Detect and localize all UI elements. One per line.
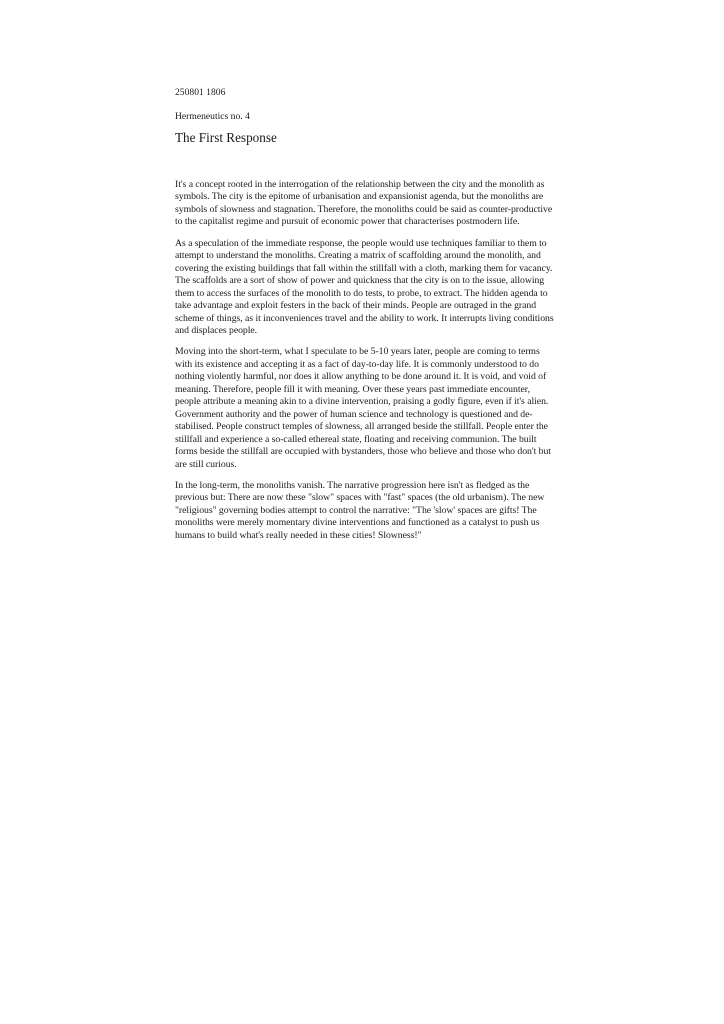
paragraph-immediate-response: As a speculation of the immediate respon… <box>175 238 555 338</box>
document-content: 250801 1806 Hermeneutics no. 4 The First… <box>175 87 555 551</box>
date-code: 250801 1806 <box>175 87 555 99</box>
document-page: 250801 1806 Hermeneutics no. 4 The First… <box>0 0 724 1024</box>
paragraph-intro: It's a concept rooted in the interrogati… <box>175 179 555 229</box>
paragraph-long-term: In the long-term, the monoliths vanish. … <box>175 480 555 542</box>
series-label: Hermeneutics no. 4 <box>175 111 555 123</box>
document-title: The First Response <box>175 130 555 146</box>
paragraph-short-term: Moving into the short-term, what I specu… <box>175 346 555 471</box>
